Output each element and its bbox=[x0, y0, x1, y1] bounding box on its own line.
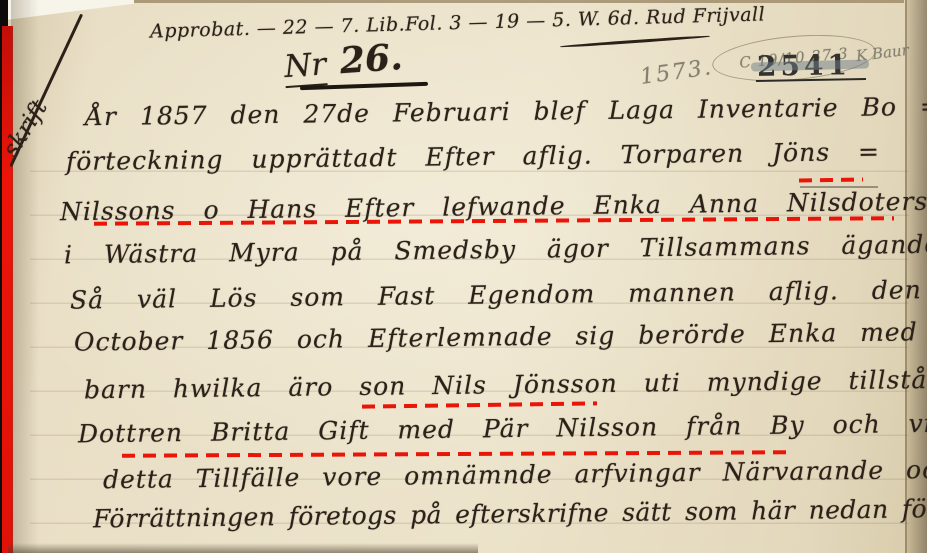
body-line: Förrättningen företogs på efterskrifne s… bbox=[93, 492, 927, 537]
body-line: förteckning upprättadt Efter aflig. Torp… bbox=[66, 135, 880, 179]
body-line: i Wästra Myra på Smedsby ägor Tillsamman… bbox=[64, 228, 927, 273]
pencil-number: 1573. bbox=[639, 55, 715, 90]
number-prefix: Nr bbox=[283, 46, 328, 88]
red-dashed-underline bbox=[799, 177, 863, 182]
bottom-edge-shadow bbox=[8, 543, 478, 553]
body-line: Dottren Britta Gift med Pär Nilsson från… bbox=[78, 407, 927, 452]
number-value: 26. bbox=[338, 36, 403, 82]
body-line: October 1856 och Efterlemnade sig berörd… bbox=[74, 314, 927, 359]
page-top-edge bbox=[36, 0, 904, 3]
notation-signature-swash bbox=[560, 35, 710, 48]
body-line: Så väl Lös som Fast Egendom mannen aflig… bbox=[70, 272, 927, 317]
document-number: Nr26. bbox=[283, 36, 404, 86]
body-line: detta Tillfälle vore omnämnde arfvingar … bbox=[103, 453, 927, 497]
manuscript-page: skrift Approbat. — 22 — 7. Lib.Fol. 3 — … bbox=[0, 0, 927, 553]
body-line: barn hwilka äro son Nils Jönsson uti myn… bbox=[84, 363, 927, 408]
body-line: År 1857 den 27de Februari blef Laga Inve… bbox=[85, 90, 927, 134]
ink-equals-underline bbox=[800, 186, 878, 188]
left-page-shadow bbox=[11, 0, 39, 553]
strike-bar bbox=[751, 59, 869, 71]
